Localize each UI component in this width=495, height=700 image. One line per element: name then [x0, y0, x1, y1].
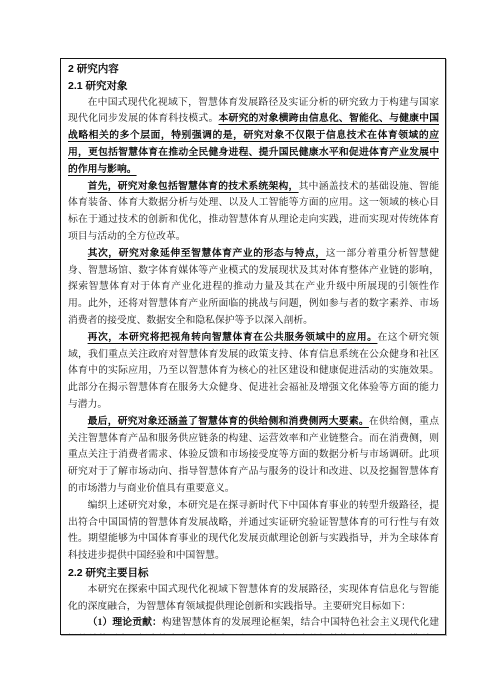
- content-frame: 2 研究内容 2.1 研究对象 在中国式现代化视域下，智慧体育发展路径及实证分析…: [60, 58, 446, 635]
- paragraph-research-object-intro: 在中国式现代化视域下，智慧体育发展路径及实证分析的研究致力于构建与国家现代化同步…: [68, 95, 439, 179]
- text-run-emphasis: 再次，本研究将把视角转向智慧体育在公共服务领域中的应用。: [88, 332, 378, 343]
- paragraph-goals-intro: 本研究在探索中国式现代化视域下智慧体育的发展路径，实现体育信息化与智能化的深度融…: [68, 582, 439, 616]
- paragraph-first-point: 首先，研究对象包括智慧体育的技术系统架构，其中涵盖技术的基础设施、智能体育装备、…: [68, 179, 439, 246]
- text-run: 在供给侧，重点关注智慧体育产品和服务供应链条的构建、运营效率和产业链整合。而在消…: [68, 416, 439, 494]
- paragraph-second-point: 其次，研究对象延伸至智慧体育产业的形态与特点，这一部分着重分析智慧健身、智慧场馆…: [68, 246, 439, 330]
- text-run: 这一部分着重分析智慧健身、智慧场馆、数字体育媒体等产业模式的发展现状及其对体育整…: [68, 248, 439, 326]
- text-run: 在这个研究领域，我们重点关注政府对智慧体育发展的政策支持、体育信息系统在公众健身…: [68, 332, 439, 410]
- text-run-emphasis: 首先，研究对象包括智慧体育的技术系统架构，: [88, 181, 299, 192]
- paragraph-summary: 编织上述研究对象，本研究是在探寻新时代下中国体育事业的转型升级路径，提出符合中国…: [68, 498, 439, 565]
- text-run: 本研究在探索中国式现代化视域下智慧体育的发展路径，实现体育信息化与智能化的深度融…: [68, 584, 439, 612]
- text-run: 编织上述研究对象，本研究是在探寻新时代下中国体育事业的转型升级路径，提出符合中国…: [68, 500, 439, 561]
- text-run-emphasis: 其次，研究对象延伸至智慧体育产业的形态与特点，: [88, 248, 326, 259]
- text-run-bold: （1）理论贡献：: [88, 617, 162, 628]
- heading-research-goals: 2.2 研究主要目标: [68, 565, 439, 582]
- text-run-emphasis: 最后，研究对象还涵盖了智慧体育的供给侧和消费侧两大要素。: [88, 416, 369, 427]
- document-page: 2 研究内容 2.1 研究对象 在中国式现代化视域下，智慧体育发展路径及实证分析…: [0, 0, 495, 700]
- paragraph-goal-theory: （1）理论贡献：构建智慧体育的发展理论框架，结合中国特色社会主义现代化建设的总体…: [68, 615, 439, 635]
- paragraph-third-point: 再次，本研究将把视角转向智慧体育在公共服务领域中的应用。在这个研究领域，我们重点…: [68, 330, 439, 414]
- heading-research-content: 2 研究内容: [68, 61, 439, 78]
- paragraph-fourth-point: 最后，研究对象还涵盖了智慧体育的供给侧和消费侧两大要素。在供给侧，重点关注智慧体…: [68, 414, 439, 498]
- heading-research-object: 2.1 研究对象: [68, 78, 439, 95]
